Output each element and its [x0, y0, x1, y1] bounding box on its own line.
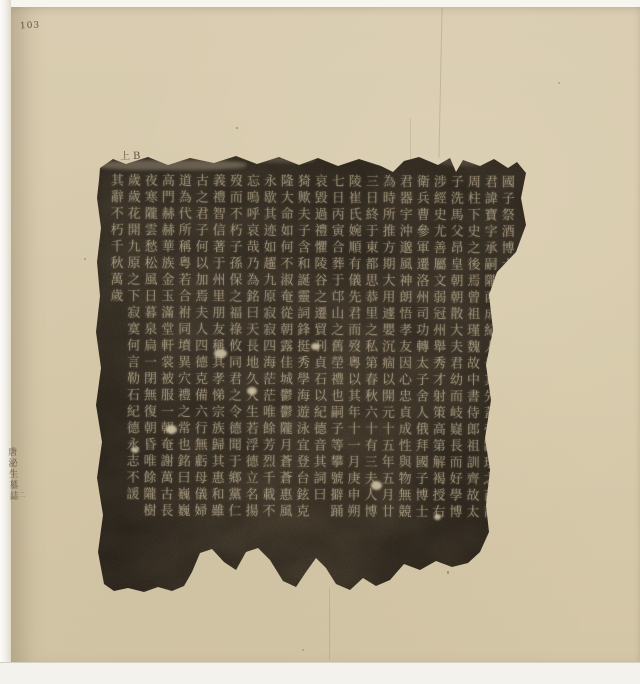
side-caption: 唐泌生墓誌 [5, 447, 18, 502]
side-caption-number: 二 [19, 490, 25, 499]
fold-crease-bottom [329, 588, 330, 660]
damage-spot [434, 514, 441, 520]
inscription-text: 國子祭酒博士隴西李君墓誌銘并序 君諱寶字承嗣隴西成紀人也其先蓋帝顓頊之苗裔 周柱… [103, 173, 515, 583]
foxing-dot [84, 258, 86, 260]
damage-spot [214, 349, 227, 358]
damage-spot [131, 447, 139, 453]
ink-annotation: 上B [120, 147, 144, 163]
damage-spot [371, 481, 382, 490]
rubbing: 國子祭酒博士隴西李君墓誌銘并序 君諱寶字承嗣隴西成紀人也其先蓋帝顓頊之苗裔 周柱… [92, 152, 530, 618]
foxing-dot [558, 82, 560, 84]
fold-crease-upper [410, 118, 411, 160]
foxing-dot [302, 649, 304, 651]
scan-edge-bottom [0, 662, 640, 684]
album-leaf-scan: 國子祭酒博士隴西李君墓誌銘并序 君諱寶字承嗣隴西成紀人也其先蓋帝顓頊之苗裔 周柱… [0, 0, 640, 684]
foxing-dot [447, 571, 449, 574]
damage-spot [311, 343, 320, 350]
foxing-dot [236, 127, 238, 129]
scan-edge-left [0, 0, 11, 684]
catalog-number: 103 [20, 20, 41, 31]
scan-edge-top [0, 0, 640, 7]
damage-spot [166, 425, 177, 434]
damage-spot [247, 387, 257, 395]
